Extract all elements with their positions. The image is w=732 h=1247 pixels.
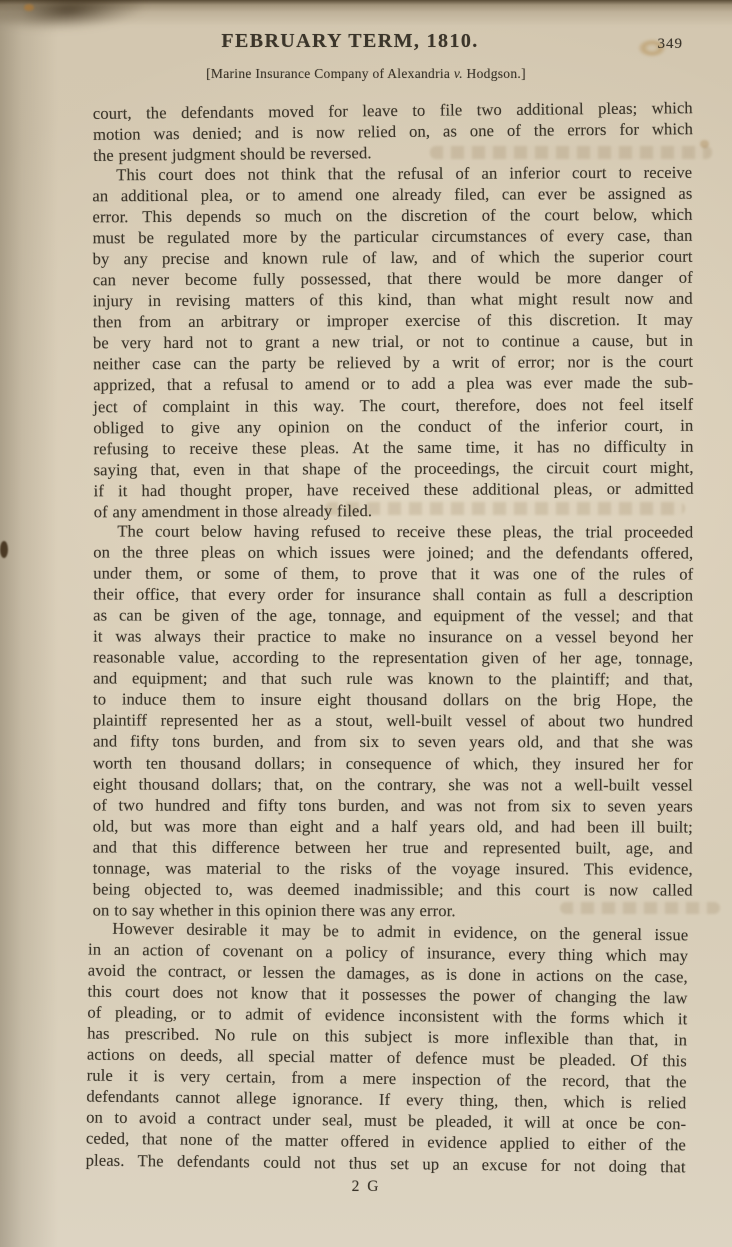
text-line: be very hard not to grant a new trial, o…: [93, 330, 693, 354]
page-header-title: FEBRUARY TERM, 1810.: [221, 30, 478, 53]
body-text: court, the defendants moved for leave to…: [93, 100, 693, 1173]
text-line: and fifty tons burden, and from six to s…: [93, 731, 693, 753]
text-line: reasonable value, according to the repre…: [93, 647, 693, 669]
paragraph: This court does not think that the refus…: [92, 162, 694, 522]
scan-corner-blotch: [0, 0, 149, 36]
text-line: as can be given of the age, tonnage, and…: [93, 605, 693, 627]
text-line: tonnage, was material to the risks of th…: [93, 857, 693, 879]
paragraph: The court below having refused to receiv…: [93, 520, 694, 921]
text-line: apprized, that a refusal to amend or to …: [93, 372, 693, 396]
running-head-close: Hodgson.]: [463, 66, 526, 81]
text-line: plaintiff represented her as a stout, we…: [93, 710, 693, 732]
page-number: 349: [658, 36, 684, 53]
text-line: worth ten thousand dollars; in consequen…: [93, 752, 693, 774]
text-line: can never become fully possessed, that t…: [93, 267, 693, 291]
scan-gutter-shadow: [0, 0, 60, 1247]
text-line: obliged to give any opinion on the condu…: [93, 414, 693, 438]
text-line: injury in revising matters of this kind,…: [93, 288, 693, 312]
text-line: an additional plea, or to amend one alre…: [92, 183, 692, 207]
text-line: if it had thought proper, have received …: [94, 478, 694, 502]
paragraph: court, the defendants moved for leave to…: [93, 97, 694, 166]
text-line: being objected to, was deemed inadmissib…: [93, 878, 693, 900]
text-line: old, but was more than eight and a half …: [93, 815, 693, 837]
paper-stain: [700, 140, 709, 148]
text-line: refusing to receive these pleas. At the …: [93, 435, 693, 459]
scan-top-edge-shadow: [0, 0, 732, 26]
running-head-open: [Marine Insurance Company of Alexandria: [206, 66, 454, 81]
paper-stain: [24, 4, 34, 11]
text-line: of two hundred and fifty tons burden, an…: [93, 794, 693, 816]
text-line: The court below having refused to receiv…: [93, 520, 693, 542]
text-line: to induce them to insure eight thousand …: [93, 689, 693, 711]
ink-edge-mark: [0, 541, 8, 558]
text-line: error. This depends so much on the discr…: [92, 204, 692, 228]
text-line: neither case can the party be relieved b…: [93, 351, 693, 375]
text-line: under them, or some of them, to prove th…: [93, 563, 693, 585]
text-line: then from an arbitrary or improper exerc…: [93, 309, 693, 333]
text-line: saying that, even in that shape of the p…: [94, 456, 694, 480]
text-line: by any precise and known rule of law, an…: [93, 246, 693, 270]
text-line: their office, that every order for insur…: [93, 584, 693, 606]
running-head: [Marine Insurance Company of Alexandria …: [0, 66, 732, 82]
text-line: ject of complaint in this way. The court…: [93, 393, 693, 417]
text-line: and that this difference between her tru…: [93, 836, 693, 858]
running-head-versus: v.: [454, 66, 463, 81]
paragraph: However desirable it may be to admit in …: [86, 917, 689, 1176]
scanned-page: FEBRUARY TERM, 1810. 349 [Marine Insuran…: [0, 0, 732, 1247]
text-line: on the three pleas on which issues were …: [93, 541, 693, 563]
text-line: and equipment; and that such rule was kn…: [93, 668, 693, 690]
text-line: of any amendment in those already filed.: [94, 499, 694, 523]
text-line: it was always their practice to make no …: [93, 626, 693, 648]
text-line: must be regulated more by the particular…: [92, 225, 692, 249]
text-line: This court does not think that the refus…: [92, 162, 692, 186]
signature-mark: 2 G: [0, 1178, 732, 1196]
text-line: eight thousand dollars; that, on the con…: [93, 773, 693, 795]
